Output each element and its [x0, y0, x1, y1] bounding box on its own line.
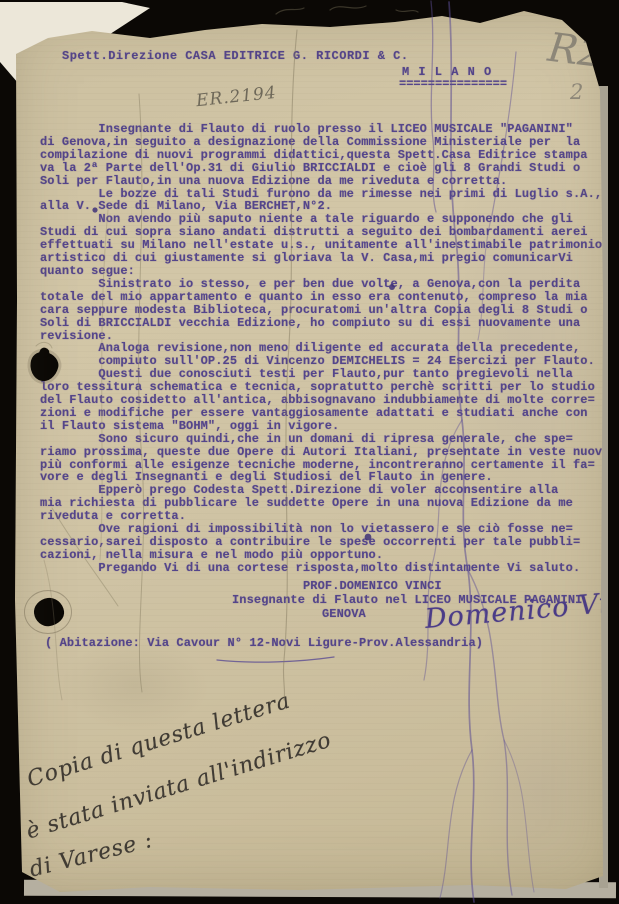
letter-paragraph: Non avendo più saputo niente a tale rigu… [40, 213, 615, 278]
recipient-line: Spett.Direzione CASA EDITRICE G. RICORDI… [62, 49, 409, 63]
punch-ring [24, 590, 72, 634]
archival-mark-top: R2 [545, 25, 606, 77]
residence-line: ( Abitazione: Via Cavour N° 12-Novi Ligu… [45, 636, 483, 650]
closing-name: PROF.DOMENICO VINCI [303, 579, 442, 593]
letter-paragraph: Le bozze di tali Studi furono da me rime… [40, 188, 615, 214]
paper-stain [60, 640, 210, 730]
letter-paragraph: Epperò prego Codesta Spett.Direzione di … [40, 484, 615, 523]
punch-hole-top [27, 349, 61, 384]
city-line: M I L A N O [402, 65, 492, 79]
signature-script: Domenico Vinci [424, 584, 619, 635]
letter-paragraph: Sono sicuro quindi,che in un domani di r… [40, 433, 615, 485]
handwritten-note-line-3: di Varese : [27, 828, 155, 883]
ink-bleed-stain [440, 120, 610, 580]
handwritten-note-line-1: Copia di questa lettera [24, 689, 293, 793]
letter-paragraph: Ove ragioni di impossibilità non lo viet… [40, 523, 615, 562]
scanned-letter: Novi Ligure,24/1/44 Spett.Direzione CASA… [0, 0, 619, 904]
paper-sheet: Novi Ligure,24/1/44 Spett.Direzione CASA… [0, 0, 619, 904]
closing-city: GENOVA [322, 607, 366, 621]
punch-hole-bottom [32, 596, 66, 628]
letter-paragraph: Analoga revisione,non meno diligente ed … [40, 342, 615, 368]
archival-mark-bottom: 2 [570, 80, 583, 104]
letter-paragraph: Questi due conosciuti testi per Flauto,p… [40, 368, 615, 433]
letter-body: Insegnante di Flauto di ruolo presso il … [40, 123, 615, 575]
paper-stain [470, 690, 610, 890]
letter-paragraph: Insegnante di Flauto di ruolo presso il … [40, 123, 615, 188]
letter-paragraph: Sinistrato io stesso, e per ben due volt… [40, 278, 615, 343]
registry-number-annotation: ER.2194 [195, 83, 278, 111]
city-underline: =============== [399, 77, 507, 91]
date-line: Novi Ligure,24/1/44 [330, 4, 469, 18]
letter-paragraph: Pregando Vi di una cortese risposta,molt… [40, 562, 615, 575]
closing-title: Insegnante di Flauto nel LICEO MUSICALE … [232, 593, 582, 607]
handwritten-note-line-2: è stata inviata all'indirizzo [23, 728, 334, 845]
